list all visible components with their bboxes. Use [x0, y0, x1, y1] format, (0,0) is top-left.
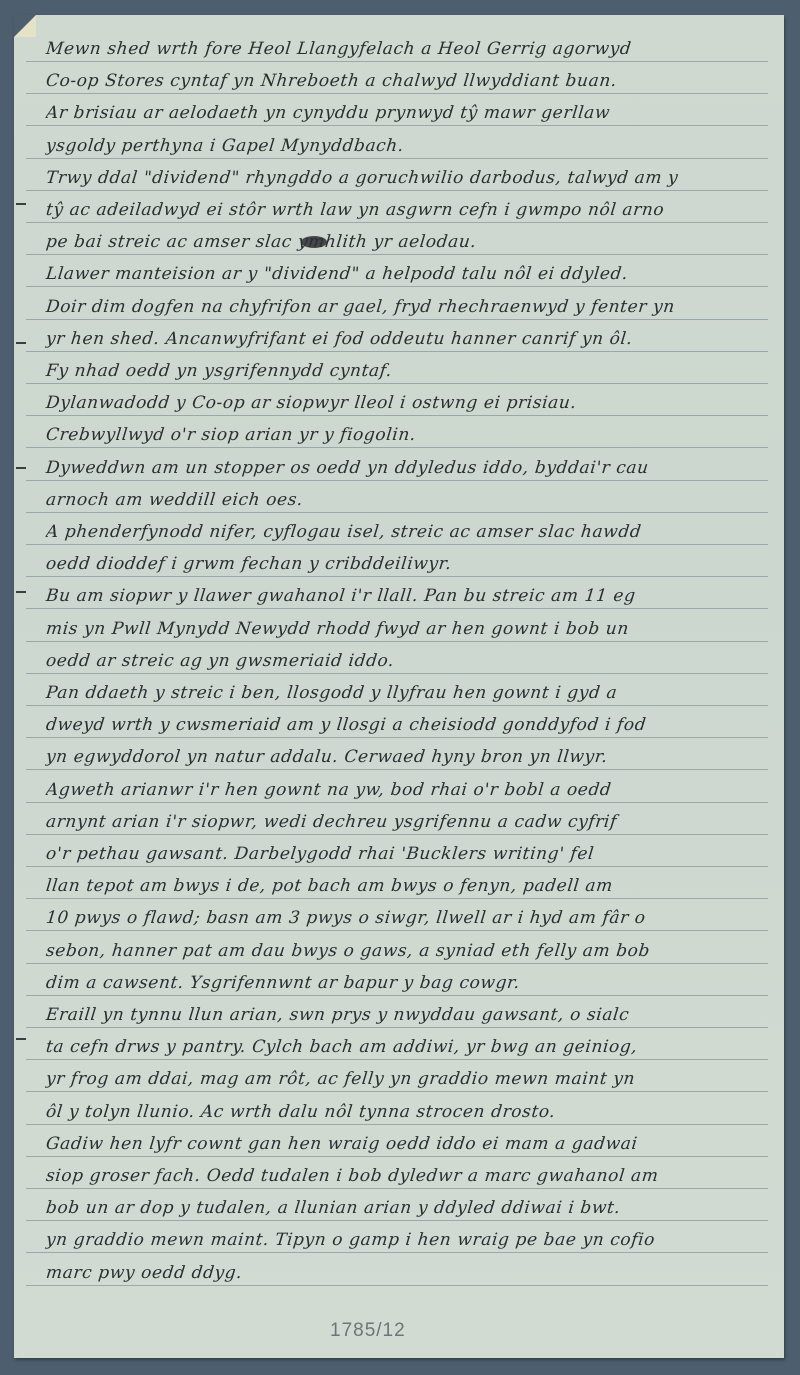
- handwritten-line: arnynt arian i'r siopwr, wedi dechreu ys…: [44, 807, 755, 837]
- handwritten-line: Crebwyllwyd o'r siop arian yr y fiogolin…: [44, 420, 755, 450]
- handwritten-line: tŷ ac adeiladwyd ei stôr wrth law yn asg…: [44, 195, 755, 225]
- handwritten-line: Ar brisiau ar aelodaeth yn cynyddu prynw…: [44, 98, 755, 128]
- handwritten-line: siop groser fach. Oedd tudalen i bob dyl…: [44, 1161, 755, 1191]
- handwritten-line: ysgoldy perthyna i Gapel Mynyddbach.: [44, 131, 755, 161]
- handwritten-line: ôl y tolyn llunio. Ac wrth dalu nôl tynn…: [44, 1097, 755, 1127]
- handwritten-line: yn egwyddorol yn natur addalu. Cerwaed h…: [44, 742, 755, 772]
- handwritten-line: A phenderfynodd nifer, cyflogau isel, st…: [44, 517, 755, 547]
- handwritten-line: Agweth arianwr i'r hen gownt na yw, bod …: [44, 775, 755, 805]
- handwritten-line: sebon, hanner pat am dau bwys o gaws, a …: [44, 936, 755, 966]
- ink-blot-correction: [301, 236, 327, 248]
- handwritten-line: Trwy ddal "dividend" rhyngddo a goruchwi…: [44, 163, 755, 193]
- handwritten-line: Co-op Stores cyntaf yn Nhreboeth a chalw…: [44, 66, 755, 96]
- handwritten-line: 10 pwys o flawd; basn am 3 pwys o siwgr,…: [44, 903, 755, 933]
- margin-tick-mark: [16, 342, 26, 344]
- handwritten-line: Bu am siopwr y llawer gwahanol i'r llall…: [44, 581, 755, 611]
- handwritten-line: ta cefn drws y pantry. Cylch bach am add…: [44, 1032, 755, 1062]
- handwritten-line: Dylanwadodd y Co-op ar siopwyr lleol i o…: [44, 388, 755, 418]
- handwritten-line: Pan ddaeth y streic i ben, llosgodd y ll…: [44, 678, 755, 708]
- handwritten-line: bob un ar dop y tudalen, a llunian arian…: [44, 1193, 755, 1223]
- margin-tick-mark: [16, 203, 26, 205]
- manuscript-page: Mewn shed wrth fore Heol Llangyfelach a …: [14, 15, 784, 1358]
- margin-tick-mark: [16, 591, 26, 593]
- handwritten-line: Mewn shed wrth fore Heol Llangyfelach a …: [44, 34, 755, 64]
- handwritten-line: yr hen shed. Ancanwyfrifant ei fod oddeu…: [44, 324, 755, 354]
- handwritten-line: Doir dim dogfen na chyfrifon ar gael, fr…: [44, 292, 755, 322]
- margin-tick-mark: [16, 1038, 26, 1040]
- handwritten-line: mis yn Pwll Mynydd Newydd rhodd fwyd ar …: [44, 614, 755, 644]
- handwritten-line: oedd ar streic ag yn gwsmeriaid iddo.: [44, 646, 755, 676]
- handwritten-line: Dyweddwn am un stopper os oedd yn ddyled…: [44, 453, 755, 483]
- handwritten-line: yn graddio mewn maint. Tipyn o gamp i he…: [44, 1225, 755, 1255]
- handwritten-line: Fy nhad oedd yn ysgrifennydd cyntaf.: [44, 356, 755, 386]
- catalog-reference: 1785/12: [330, 1320, 406, 1342]
- handwritten-line: marc pwy oedd ddyg.: [44, 1258, 755, 1288]
- handwritten-line: dweyd wrth y cwsmeriaid am y llosgi a ch…: [44, 710, 755, 740]
- handwritten-line: o'r pethau gawsant. Darbelygodd rhai 'Bu…: [44, 839, 755, 869]
- handwritten-line: dim a cawsent. Ysgrifennwnt ar bapur y b…: [44, 968, 755, 998]
- handwritten-line: Eraill yn tynnu llun arian, swn prys y n…: [44, 1000, 755, 1030]
- handwritten-line: llan tepot am bwys i de, pot bach am bwy…: [44, 871, 755, 901]
- handwritten-line: oedd dioddef i grwm fechan y cribddeiliw…: [44, 549, 755, 579]
- handwritten-line: yr frog am ddai, mag am rôt, ac felly yn…: [44, 1064, 755, 1094]
- handwritten-line: arnoch am weddill eich oes.: [44, 485, 755, 515]
- margin-tick-mark: [16, 467, 26, 469]
- handwritten-line: pe bai streic ac amser slac ymhlith yr a…: [44, 227, 755, 257]
- handwritten-line: Llawer manteision ar y "dividend" a help…: [44, 259, 755, 289]
- handwritten-line: Gadiw hen lyfr cownt gan hen wraig oedd …: [44, 1129, 755, 1159]
